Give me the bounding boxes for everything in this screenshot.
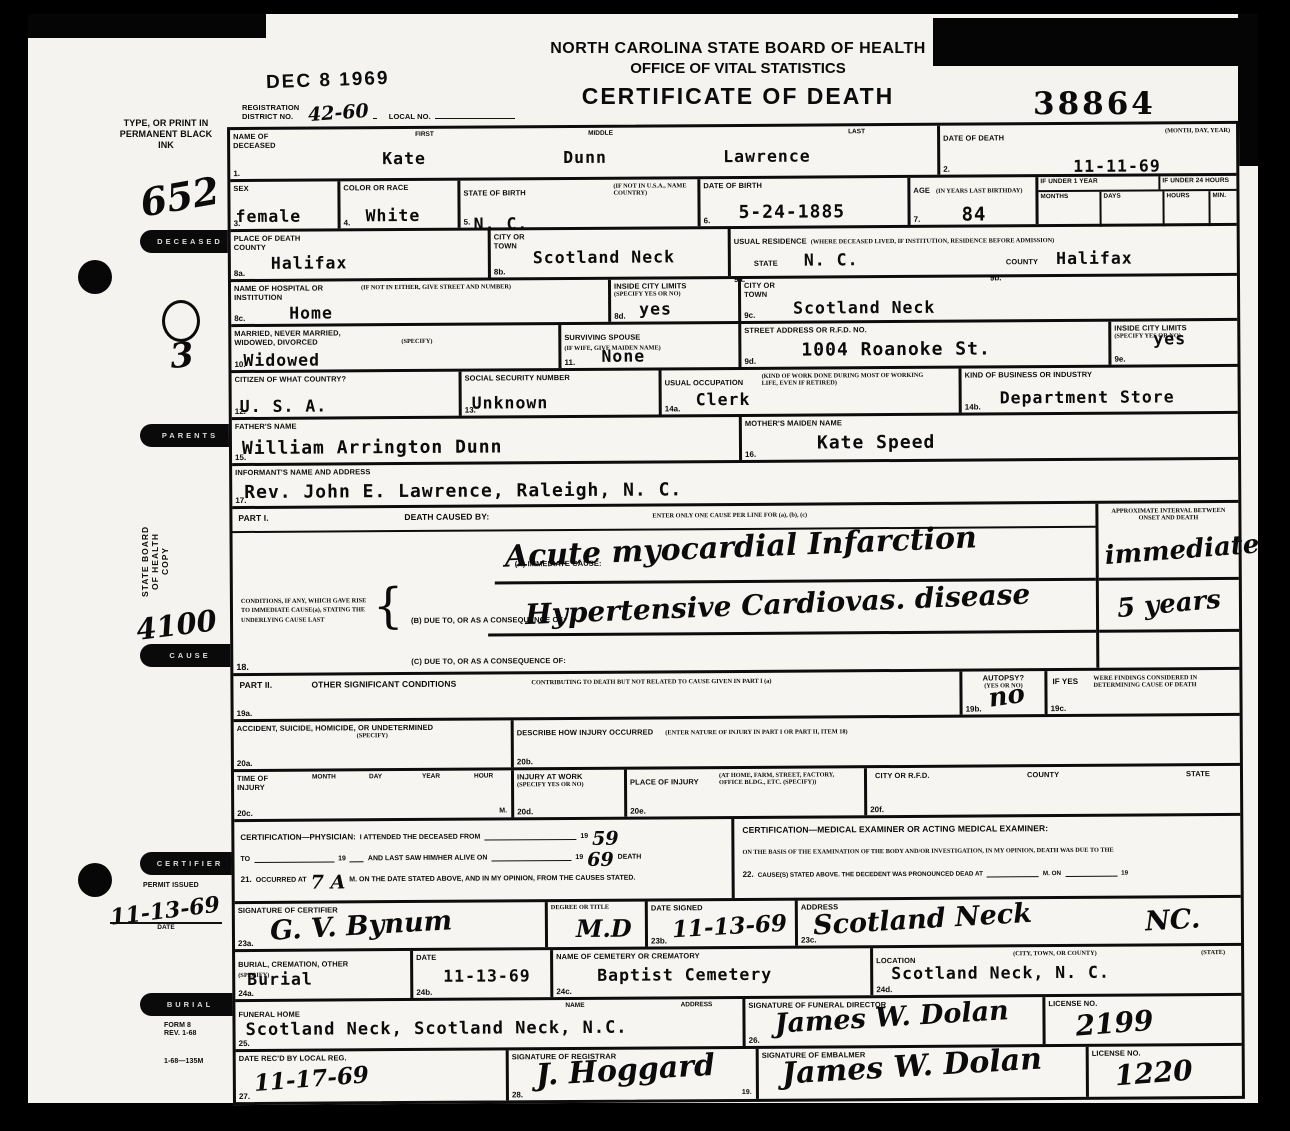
registration-label: REGISTRATION DISTRICT NO.: [242, 103, 304, 121]
value-date-of-birth: 5-24-1885: [738, 201, 904, 223]
cert-me-m-on: M. ON: [1043, 870, 1061, 877]
field-paren: (SPECIFY): [401, 338, 432, 345]
label-city-or-rfd: CITY OR R.F.D.: [875, 771, 930, 780]
value-first-name: Kate: [382, 149, 426, 168]
field-label: FATHER'S NAME: [235, 419, 736, 431]
field-burial-cremation: BURIAL, CREMATION, OTHER (SPECIFY) Buria…: [235, 951, 413, 999]
field-citizen-country: CITIZEN OF WHAT COUNTRY? U. S. A. 12.: [232, 372, 462, 417]
label-state: STATE: [1186, 769, 1210, 778]
field-number: 4.: [344, 218, 351, 227]
field-number: 5.: [464, 218, 471, 227]
field-number: 24a.: [238, 989, 254, 998]
field-embalmer-license: LICENSE NO. 1220: [1089, 1046, 1242, 1097]
field-number: 8b.: [494, 267, 506, 276]
field-number: 8a.: [234, 269, 245, 278]
certification-medical-examiner: CERTIFICATION—MEDICAL EXAMINER OR ACTING…: [734, 816, 1240, 898]
field-label: COUNTY: [1006, 257, 1038, 266]
value-embalmer-license: 1220: [1114, 1054, 1194, 1093]
field-paren: (IF NOT IN U.S.A., NAME COUNTRY): [613, 182, 693, 196]
field-label: NAME OF HOSPITAL OR INSTITUTION: [234, 284, 324, 303]
cert-to: TO: [240, 856, 250, 863]
interval-column: APPROXIMATE INTERVAL BETWEEN ONSET AND D…: [1098, 503, 1239, 668]
field-place-of-death-county: PLACE OF DEATH COUNTY Halifax 8a.: [231, 230, 491, 279]
if-yes-label: IF YES: [1052, 677, 1078, 687]
sub-label-middle: MIDDLE: [588, 130, 613, 137]
label-meridiem: M.: [499, 807, 507, 815]
field-usual-residence: USUAL RESIDENCE (WHERE DECEASED LIVED, I…: [731, 226, 1237, 276]
field-age: AGE (IN YEARS LAST BIRTHDAY) 84 7.: [910, 177, 1038, 225]
year-prefix: 19: [580, 833, 588, 840]
field-label: KIND OF BUSINESS OR INDUSTRY: [965, 369, 1235, 380]
field-number: 7.: [914, 215, 921, 224]
field-hospital-or-institution: NAME OF HOSPITAL OR INSTITUTION (IF NOT …: [231, 280, 611, 324]
value-business-industry: Department Store: [1000, 387, 1175, 407]
field-color-or-race: COLOR OR RACE White 4.: [340, 181, 460, 229]
conditions-note: CONDITIONS, IF ANY, WHICH GAVE RISE TO I…: [241, 596, 369, 625]
field-number: 19c.: [1051, 704, 1067, 713]
value-last-name: Lawrence: [723, 147, 811, 167]
field-certifier-address: ADDRESS Scotland Neck NC. 23c.: [798, 898, 1241, 946]
field-describe-injury: DESCRIBE HOW INJURY OCCURRED (ENTER NATU…: [514, 716, 1240, 767]
cert-death-word: DEATH: [618, 854, 642, 861]
field-director-license: LICENSE NO. 2199: [1045, 996, 1241, 1044]
label-hour: HOUR: [474, 772, 493, 779]
field-number: 20b.: [517, 757, 533, 766]
year-suffix: 19.: [742, 1089, 752, 1097]
tab-deceased: DECEASED: [140, 230, 240, 253]
field-time-of-injury: TIME OF INJURY MONTH DAY YEAR HOUR 20c. …: [234, 770, 514, 819]
field-number: 6.: [704, 216, 711, 225]
value-ssn: Unknown: [472, 393, 549, 412]
value-fathers-name: William Arrington Dunn: [242, 436, 503, 459]
print-code: 1-68—135M: [164, 1058, 203, 1066]
value-residence-city: Scotland Neck: [793, 298, 935, 318]
cert-last-saw: AND LAST SAW HIM/HER ALIVE ON: [368, 855, 488, 863]
field-burial-date: DATE 11-13-69 24b.: [413, 950, 553, 998]
value-degree: M.D: [576, 914, 632, 943]
value-time-of-death: 7 A: [311, 879, 346, 885]
part1-cause-label: DEATH CAUSED BY:: [404, 512, 489, 523]
cert-attended-from: I ATTENDED THE DECEASED FROM: [360, 834, 481, 842]
field-number: 17.: [235, 496, 246, 505]
field-injury-at-work: INJURY AT WORK (SPECIFY YES OR NO) 20d.: [514, 770, 627, 818]
margin-date-block: 11-13-69 Date: [110, 898, 222, 932]
field-label: SURVIVING SPOUSE: [564, 333, 640, 342]
cert-me-body: ON THE BASIS OF THE EXAMINATION OF THE B…: [742, 846, 1232, 856]
certificate-number: 38864: [1033, 86, 1156, 122]
sub-label-last: LAST: [848, 128, 865, 135]
permit-issued-label: Permit issued: [143, 882, 199, 890]
field-mothers-maiden-name: MOTHER'S MAIDEN NAME Kate Speed 16.: [742, 414, 1238, 460]
field-cemetery: NAME OF CEMETERY OR CREMATORY Baptist Ce…: [553, 948, 873, 997]
field-date-received-local-registrar: DATE REC'D BY LOCAL REG. 11-17-69 27.: [236, 1050, 509, 1102]
if-yes-note: WERE FINDINGS CONSIDERED IN DETERMINING …: [1093, 674, 1233, 689]
field-inside-city-limits-residence: INSIDE CITY LIMITS (SPECIFY YES OR NO) y…: [1111, 321, 1237, 365]
label-if-under-24-hours: IF UNDER 24 HOURS: [1160, 176, 1236, 189]
label-year: YEAR: [422, 773, 440, 780]
field-label: DATE OF BIRTH: [703, 180, 904, 190]
field-accident-suicide-homicide: ACCIDENT, SUICIDE, HOMICIDE, OR UNDETERM…: [234, 720, 514, 769]
field-label: STATE: [754, 259, 778, 268]
hole-punch: [78, 863, 112, 897]
value-race: White: [366, 206, 455, 226]
value-residence-state: N. C.: [804, 250, 859, 269]
label-county: COUNTY: [1027, 770, 1059, 779]
field-number: 20f.: [870, 805, 884, 814]
value-inside-city-limits-residence: yes: [1153, 329, 1186, 348]
field-injury-location: CITY OR R.F.D. COUNTY STATE 20f.: [867, 766, 1240, 815]
form-rev-line: REV. 1-68: [164, 1030, 197, 1038]
field-surviving-spouse: SURVIVING SPOUSE (IF WIFE, GIVE MAIDEN N…: [561, 324, 741, 368]
field-number: 24c.: [556, 987, 572, 996]
field-number: 8c.: [234, 314, 245, 323]
value-death-city: Scotland Neck: [533, 247, 675, 267]
field-number: 8d.: [614, 312, 626, 321]
value-informant: Rev. John E. Lawrence, Raleigh, N. C.: [244, 479, 682, 503]
signature-embalmer: James W. Dolan: [781, 1042, 1043, 1092]
value-date-received: 11-17-69: [253, 1061, 370, 1097]
field-paren: (IF NOT IN EITHER, GIVE STREET AND NUMBE…: [361, 283, 511, 291]
field-paren: (AT HOME, FARM, STREET, FACTORY, OFFICE …: [719, 771, 859, 786]
field-place-of-injury: PLACE OF INJURY (AT HOME, FARM, STREET, …: [627, 768, 867, 816]
value-burial: Burial: [247, 970, 313, 989]
field-number: 15.: [235, 453, 246, 462]
field-number: 21.: [241, 875, 252, 884]
ink-instruction: TYPE, OR PRINT IN PERMANENT BLACK INK: [116, 118, 216, 150]
field-label: DESCRIBE HOW INJURY OCCURRED: [517, 728, 654, 738]
value-cemetery: Baptist Cemetery: [597, 965, 772, 985]
field-usual-occupation: USUAL OCCUPATION (KIND OF WORK DONE DURI…: [662, 369, 962, 415]
field-street-address: STREET ADDRESS OR R.F.D. No. 1004 Roanok…: [741, 322, 1111, 367]
tab-certifier: CERTIFIER: [140, 852, 240, 875]
field-label: DATE REC'D BY LOCAL REG.: [239, 1052, 503, 1063]
local-no-label: LOCAL NO.: [389, 112, 431, 121]
field-label: STREET ADDRESS OR R.F.D. No.: [744, 324, 1105, 335]
field-date-signed: DATE SIGNED 11-13-69 23b.: [648, 901, 798, 947]
field-date-of-birth: DATE OF BIRTH 5-24-1885 6.: [700, 178, 910, 226]
field-number: 22.: [743, 870, 754, 879]
field-label: AGE: [913, 186, 930, 195]
value-marital-status: Widowed: [243, 351, 320, 370]
margin-handwriting-3: 3: [168, 335, 196, 377]
field-label: SEX: [233, 183, 334, 193]
field-informant: INFORMANT'S NAME AND ADDRESS Rev. John E…: [232, 460, 1238, 506]
field-number: 28.: [512, 1090, 523, 1099]
field-label: STATE OF BIRTH: [463, 188, 525, 197]
form-number: FORM 8 REV. 1-68: [164, 1022, 197, 1039]
field-label: DATE OF DEATH: [943, 133, 1004, 142]
label-days: DAYS: [1101, 191, 1164, 226]
date-received-stamp: DEC 8 1969: [266, 68, 390, 94]
field-label: NAME OF CEMETERY OR CREMATORY: [556, 950, 867, 961]
field-name-of-deceased: NAME OF DECEASED FIRST MIDDLE LAST Kate …: [230, 126, 940, 179]
field-label: INFORMANT'S NAME AND ADDRESS: [235, 462, 1235, 477]
field-number: 10.: [234, 360, 245, 369]
field-label: COUNTY: [234, 242, 485, 253]
part2-other-conditions: PART II. OTHER SIGNIFICANT CONDITIONS CO…: [233, 672, 962, 719]
field-marital-status: MARRIED, NEVER MARRIED, WIDOWED, DIVORCE…: [231, 325, 561, 370]
field-state-of-birth: STATE OF BIRTH (IF NOT IN U.S.A., NAME C…: [460, 179, 700, 227]
field-number: 9c.: [744, 311, 755, 320]
field-number: 26.: [749, 1036, 760, 1045]
field-embalmer-signature: SIGNATURE OF EMBALMER James W. Dolan: [759, 1047, 1089, 1099]
form-no-line: FORM 8: [164, 1022, 197, 1030]
part1-title: PART I.: [238, 513, 268, 523]
value-residence-county: Halifax: [1056, 249, 1133, 268]
field-social-security-number: SOCIAL SECURITY NUMBER Unknown 13.: [462, 370, 662, 415]
field-number: 20e.: [630, 807, 646, 816]
field-label: FUNERAL HOME: [238, 1010, 300, 1019]
value-cemetery-location: Scotland Neck, N. C.: [891, 963, 1110, 983]
field-label: CITIZEN OF WHAT COUNTRY?: [235, 374, 456, 384]
field-label: USUAL OCCUPATION: [665, 378, 744, 387]
field-number: 3.: [234, 219, 241, 228]
label-min: MIN.: [1210, 191, 1236, 226]
value-age: 84: [962, 203, 1033, 225]
label-hours: HOURS: [1164, 191, 1210, 226]
field-number: 13.: [465, 406, 476, 415]
cert-physician-title: CERTIFICATION—PHYSICIAN:: [240, 832, 355, 842]
margin-handwriting-652: 652: [137, 167, 223, 225]
cert-me-year: 19: [1121, 870, 1128, 877]
field-sex: SEX female 3.: [230, 181, 340, 229]
field-number: 12.: [235, 407, 246, 416]
field-paren: (SPECIFY YES OR NO): [614, 290, 735, 298]
field-residence-city: CITY OR TOWN Scotland Neck 9c.: [741, 276, 1237, 321]
certificate-form: NAME OF DECEASED FIRST MIDDLE LAST Kate …: [227, 121, 1245, 1105]
field-number: 19b.: [966, 705, 982, 714]
sub-label-name: NAME: [565, 1002, 584, 1009]
field-cemetery-location: LOCATION (CITY, TOWN, OR COUNTY) (STATE)…: [873, 946, 1241, 995]
part1-note: ENTER ONLY ONE CAUSE PER LINE FOR (a), (…: [652, 512, 807, 520]
field-if-yes-findings: IF YES WERE FINDINGS CONSIDERED IN DETER…: [1047, 670, 1239, 714]
field-number: 11.: [564, 358, 575, 367]
field-number: 23b.: [651, 936, 667, 945]
part2-number: 19a.: [237, 709, 253, 718]
section-paren: (WHERE DECEASED LIVED, IF INSTITUTION, R…: [811, 237, 1055, 245]
part2-label: OTHER SIGNIFICANT CONDITIONS: [311, 679, 456, 690]
value-sex: female: [236, 206, 335, 226]
value-interval-b: 5 years: [1116, 585, 1222, 625]
field-number: 2.: [943, 165, 950, 174]
value-address-state: NC.: [1144, 903, 1201, 937]
header-line2: OFFICE OF VITAL STATISTICS: [448, 60, 1028, 77]
year-prefix: 19: [338, 855, 346, 862]
field-label: CITY OR TOWN: [744, 281, 784, 299]
year-prefix: 19: [575, 854, 583, 861]
field-number: 27.: [239, 1092, 250, 1101]
value-death-county: Halifax: [271, 253, 348, 272]
field-label: NAME OF DECEASED: [233, 132, 288, 150]
value-funeral-home: Scotland Neck, Scotland Neck, N.C.: [245, 1018, 627, 1040]
field-number: 20a.: [237, 759, 253, 768]
field-paren: (KIND OF WORK DONE DURING MOST OF WORKIN…: [762, 372, 932, 387]
field-label: MARRIED, NEVER MARRIED, WIDOWED, DIVORCE…: [234, 328, 364, 347]
field-paren: (IF WIFE, GIVE MAIDEN NAME): [564, 344, 735, 352]
value-middle-name: Dunn: [563, 148, 607, 167]
sub-label-address: ADDRESS: [681, 1001, 713, 1008]
tab-cause: CAUSE: [140, 644, 240, 667]
cert-occurred-at: OCCURRED AT: [256, 877, 307, 884]
field-label: CITY OR TOWN: [494, 232, 534, 250]
label-if-under-1-year: IF UNDER 1 YEAR: [1038, 176, 1160, 190]
label-month: MONTH: [312, 773, 336, 780]
field-label: MOTHER'S MAIDEN NAME: [745, 416, 1235, 428]
field-number: 20c.: [237, 809, 253, 818]
field-inside-city-limits-death: INSIDE CITY LIMITS (SPECIFY YES OR NO) y…: [611, 279, 741, 322]
scan-artifact: [1238, 14, 1258, 166]
field-number: 25.: [239, 1039, 250, 1048]
value-director-license: 2199: [1074, 1004, 1154, 1043]
value-street-address: 1004 Roanoke St.: [801, 338, 991, 360]
form-header: NORTH CAROLINA STATE BOARD OF HEALTH OFF…: [448, 40, 1028, 110]
value-date-signed: 11-13-69: [671, 910, 788, 944]
certificate-page: NORTH CAROLINA STATE BOARD OF HEALTH OFF…: [28, 14, 1258, 1103]
field-paren: (ENTER NATURE OF INJURY IN PART I OR PAR…: [665, 728, 847, 736]
field-business-industry: KIND OF BUSINESS OR INDUSTRY Department …: [962, 367, 1238, 413]
scan-artifact: [28, 14, 266, 38]
value-inside-city-limits-death: yes: [639, 299, 672, 318]
field-number: 24d.: [876, 985, 892, 994]
registration-value: 42-60: [307, 100, 369, 126]
field-number: 9d.: [744, 357, 756, 366]
field-paren: (CITY, TOWN, OR COUNTY): [1013, 950, 1097, 958]
field-label: DEGREE OR TITLE: [551, 904, 642, 912]
registration-district: REGISTRATION DISTRICT NO. 42-60 LOCAL NO…: [242, 102, 542, 124]
part2-title: PART II.: [239, 680, 272, 690]
brace-glyph: {: [373, 578, 404, 634]
field-place-of-death-city: CITY OR TOWN Scotland Neck 8b.: [491, 229, 731, 277]
cert-me-title: CERTIFICATION—MEDICAL EXAMINER OR ACTING…: [742, 822, 1232, 835]
value-interval-a: immediate: [1104, 529, 1261, 571]
field-paren: (SPECIFY YES OR NO): [517, 781, 621, 789]
value-surviving-spouse: None: [601, 347, 645, 366]
field-number: 9e.: [1114, 355, 1125, 364]
value-citizen-country: U. S. A.: [240, 396, 328, 416]
field-label: SOCIAL SECURITY NUMBER: [465, 372, 656, 382]
hole-punch: [78, 260, 112, 294]
field-date-of-death: DATE OF DEATH (MONTH, DAY, YEAR) 11-11-6…: [940, 124, 1236, 175]
value-occupation: Clerk: [696, 390, 751, 409]
part1-number: 18.: [236, 662, 249, 672]
field-number: 16.: [745, 450, 756, 459]
label-day: DAY: [369, 773, 382, 780]
field-infant-age-grid: IF UNDER 1 YEAR IF UNDER 24 HOURS MONTHS…: [1038, 176, 1236, 224]
field-degree-or-title: DEGREE OR TITLE M.D: [548, 902, 648, 948]
field-number: 14b.: [965, 403, 981, 412]
field-paren: (STATE): [1201, 949, 1225, 956]
field-label: DATE: [416, 952, 547, 962]
value-mothers-maiden-name: Kate Speed: [817, 432, 936, 454]
part1-cause-of-death: PART I. DEATH CAUSED BY: ENTER ONLY ONE …: [232, 504, 1099, 673]
value-autopsy: no: [987, 679, 1027, 714]
field-label: BURIAL, CREMATION, OTHER: [238, 959, 348, 969]
value-burial-date: 11-13-69: [443, 966, 531, 986]
cert-occurred-rest: M. ON THE DATE STATED ABOVE, AND IN MY O…: [349, 875, 635, 884]
field-paren: (IN YEARS LAST BIRTHDAY): [936, 187, 1023, 195]
field-registrar-signature: SIGNATURE OF REGISTRAR J. Hoggard 19. 28…: [509, 1049, 759, 1101]
copy-designation: STATE BOARD OF HEALTH COPY: [140, 496, 170, 626]
field-autopsy: AUTOPSY? (YES OR NO) no 19b.: [962, 671, 1047, 715]
part2-note: CONTRIBUTING TO DEATH BUT NOT RELATED TO…: [531, 678, 771, 686]
field-signature-of-certifier: SIGNATURE OF CERTIFIER G. V. Bynum 23a.: [235, 902, 548, 949]
value-due-to-b: Hypertensive Cardiovas. disease: [524, 577, 1030, 631]
header-line1: NORTH CAROLINA STATE BOARD OF HEALTH: [448, 40, 1028, 58]
field-number: 14a.: [665, 404, 681, 413]
tab-burial: BURIAL: [140, 993, 240, 1016]
field-label: TIME OF INJURY: [237, 774, 279, 792]
value-date-of-death: 11-11-69: [1073, 156, 1233, 176]
certification-physician: CERTIFICATION—PHYSICIAN: I ATTENDED THE …: [234, 819, 734, 901]
field-funeral-home: FUNERAL HOME NAME ADDRESS Scotland Neck,…: [235, 999, 745, 1049]
field-number: 20d.: [517, 807, 533, 816]
field-label: PLACE OF INJURY: [630, 777, 699, 786]
field-fathers-name: FATHER'S NAME William Arrington Dunn 15.: [232, 417, 742, 463]
section-label-usual-residence: USUAL RESIDENCE: [734, 237, 807, 246]
field-number: 23a.: [238, 939, 254, 948]
field-number: 1.: [233, 169, 240, 178]
field-label: COLOR OR RACE: [343, 183, 454, 193]
value-hospital: Home: [289, 303, 333, 322]
interval-label: APPROXIMATE INTERVAL BETWEEN ONSET AND D…: [1098, 503, 1238, 522]
field-number: 23c.: [801, 936, 817, 945]
field-funeral-director-signature: SIGNATURE OF FUNERAL DIRECTOR James W. D…: [745, 997, 1045, 1046]
field-number: 24b.: [416, 988, 432, 997]
cert-me-pronounced: CAUSE(S) STATED ABOVE. THE DECEDENT WAS …: [758, 871, 983, 879]
label-months: MONTHS: [1038, 192, 1101, 227]
value-year-from: 59: [592, 836, 618, 842]
value-year-last-saw: 69: [587, 857, 613, 863]
due-to-c-label: (c) DUE TO, OR AS A CONSEQUENCE OF:: [411, 656, 566, 666]
sub-label-first: FIRST: [415, 131, 434, 138]
field-paren: (MONTH, DAY, YEAR): [1165, 127, 1230, 134]
tab-parents: PARENTS: [140, 424, 240, 447]
